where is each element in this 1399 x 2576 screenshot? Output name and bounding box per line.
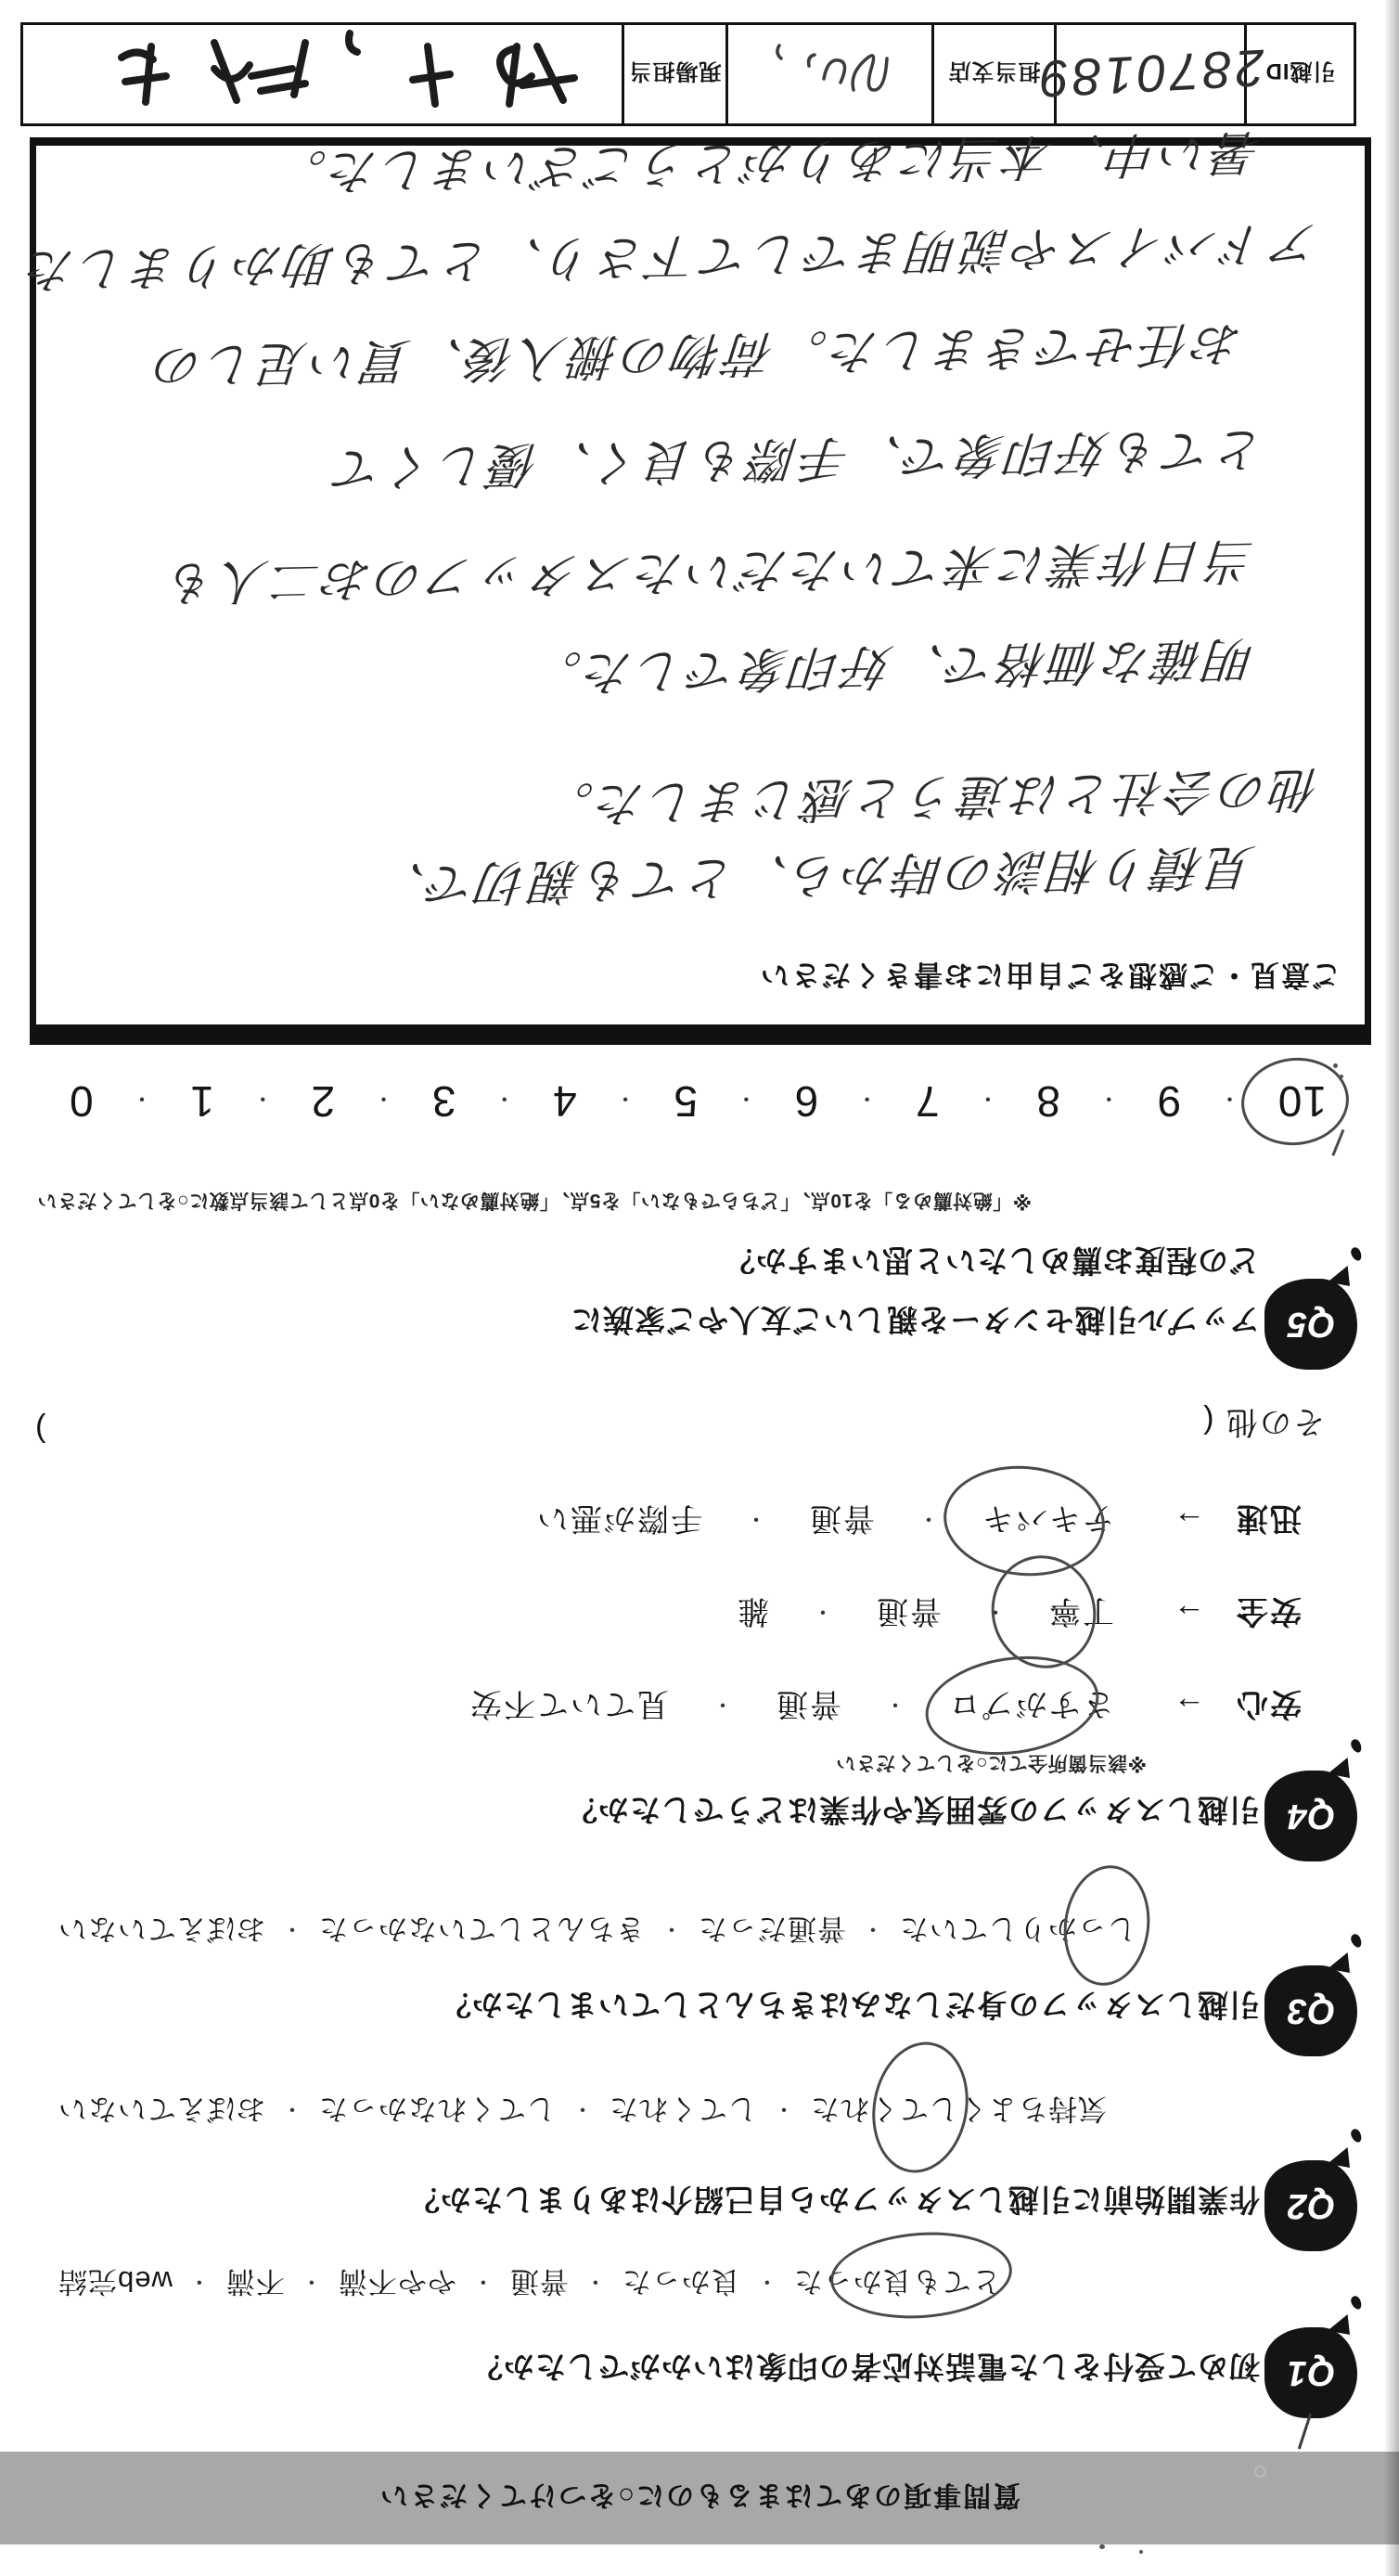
scale-separator: ・ — [734, 1086, 757, 1118]
q5-question-line2: どの程度お薦めしたいと思いますか？ — [724, 1241, 1260, 1284]
scale-2: 2 — [311, 1076, 336, 1127]
scale-separator: ・ — [250, 1086, 274, 1118]
handwritten-line-8: 暑い中、本当にありがとうございました。 — [272, 122, 1264, 212]
comment-box: ご意見・ご感想をご自由にお書きください 見積り相談の時から、とても親切で、 他の… — [30, 137, 1371, 1045]
scan-edge-shadow — [1384, 0, 1399, 2576]
scale-separator: ・ — [130, 1086, 153, 1118]
handwritten-line-3: 明確な価格で、好印象でした。 — [527, 628, 1258, 714]
staff-names-marker-scribble — [45, 28, 601, 121]
q1-option: web完結 — [58, 2263, 173, 2305]
q5-nps-scale: 10 ・ 9 ・ 8 ・ 7 ・ 6 ・ 5 ・ 4 ・ 3 ・ 2 ・ — [69, 1076, 1327, 1127]
scale-separator: ・ — [1097, 1086, 1120, 1118]
scale-separator: ・ — [976, 1086, 999, 1118]
scale-10: 10 — [1277, 1076, 1327, 1127]
q1-question-text: 初めて受付をした電話対応者の印象はいかがでしたか？ — [471, 2347, 1260, 2390]
q3-option: きちんとしていなかった — [318, 1911, 645, 1952]
q4-other-row: その他 ( ) — [33, 1402, 1325, 1448]
q2-option: してくれなかった — [318, 2091, 556, 2132]
q1-options-row: とても良かった ・ 良かった ・ 普通 ・ やや不満 ・ 不満 ・ web完結 — [58, 2263, 1001, 2305]
q1-option: やや不満 — [338, 2263, 456, 2305]
option-separator: ・ — [810, 1598, 834, 1630]
cell-site-staff-names — [23, 25, 622, 123]
q4-row-label: 安心 — [1229, 1684, 1302, 1730]
scan-speck — [1139, 2550, 1143, 2554]
option-separator: ・ — [584, 2268, 607, 2300]
q5-label: Q5 — [1287, 1305, 1336, 1345]
scale-9: 9 — [1157, 1076, 1182, 1127]
moving-id-label: 引越ID — [1265, 58, 1336, 91]
arrow-icon: → — [1172, 1689, 1205, 1725]
scan-speck — [1333, 1063, 1338, 1068]
option-separator: ・ — [982, 1598, 1007, 1630]
q3-option: おぼえていない — [58, 1911, 265, 1952]
q4-option-selected: テキパキ — [981, 1499, 1114, 1544]
option-separator: ・ — [300, 2268, 323, 2300]
option-separator: ・ — [861, 1915, 884, 1948]
q1-option: 良かった — [622, 2263, 740, 2305]
q3-options-row: しっかりしていた ・ 普通だった ・ きちんとしていなかった ・ おぼえていない — [58, 1911, 1136, 1952]
q1-speech-bubble-icon: Q1 — [1264, 2327, 1357, 2418]
option-separator: ・ — [660, 1915, 683, 1948]
instruction-text: 質問事項のあてはまるものに○をつけてください — [379, 2478, 1020, 2518]
q4-row-label: 安全 — [1229, 1591, 1302, 1637]
scale-separator: ・ — [855, 1086, 879, 1118]
q4-row-jinsoku: 迅速 → テキパキ ・ 普通 ・ 手際が悪い — [494, 1499, 1302, 1544]
option-separator: ・ — [743, 1505, 767, 1538]
q5-note: ※「絶対薦める」を10点、「どちらでもない」を5点、「絶対薦めない」を0点として… — [37, 1188, 1032, 1216]
q2-options-row: 気持ちよくしてくれた ・ してくれた ・ してくれなかった ・ おぼえていない — [58, 2091, 1107, 2132]
scale-7: 7 — [915, 1076, 940, 1127]
q1-option: 普通 — [509, 2263, 569, 2305]
scale-8: 8 — [1035, 1076, 1060, 1127]
branch-label: 担当支店 — [948, 58, 1041, 91]
q1-option-selected: とても良かった — [793, 2263, 1001, 2305]
q3-question-text: 引越しスタッフの身だしなみはきちんとしていましたか？ — [440, 1985, 1260, 2029]
cell-moving-id-value: 2870189 — [1054, 25, 1244, 123]
q4-option: 普通 — [875, 1591, 942, 1637]
q5-question-line1: アップル引越センターを親しいご友人やご家族に — [571, 1300, 1260, 1344]
scale-5: 5 — [673, 1076, 698, 1127]
handwritten-line-1: 見積り相談の時から、とても親切で、 — [371, 836, 1258, 924]
scan-speck-ring — [1254, 2466, 1266, 2478]
q4-option-selected: 丁寧 — [1047, 1591, 1114, 1637]
scale-separator: ・ — [613, 1086, 636, 1118]
q5-speech-bubble-icon: Q5 — [1264, 1279, 1357, 1370]
cell-site-staff-label: 現場担当 — [622, 25, 725, 123]
q1-option: 不満 — [225, 2263, 285, 2305]
q3-option-selected: しっかりしていた — [899, 1911, 1136, 1952]
instruction-bar: 質問事項のあてはまるものに○をつけてください — [0, 2452, 1399, 2544]
option-separator: ・ — [471, 2268, 494, 2300]
scale-separator: ・ — [493, 1086, 516, 1118]
site-staff-label: 現場担当 — [629, 58, 722, 91]
scale-separator: ・ — [1217, 1086, 1240, 1118]
scale-4: 4 — [552, 1076, 577, 1127]
q4-option: 普通 — [808, 1499, 875, 1544]
q1-label: Q1 — [1287, 2353, 1336, 2393]
comment-box-header: ご意見・ご感想をご自由にお書きください — [759, 957, 1341, 998]
handwritten-line-5: とても好印象で、手際も良く、優しくて — [329, 419, 1267, 508]
q4-row-anzen: 安全 → 丁寧 ・ 普通 ・ 雑 — [695, 1591, 1302, 1637]
scan-speck — [1099, 2544, 1105, 2549]
q4-row-label: 迅速 — [1229, 1499, 1302, 1544]
q2-speech-bubble-icon: Q2 — [1264, 2160, 1357, 2251]
handwritten-line-6: お任せできました。荷物の搬入後、買い足しの — [149, 313, 1245, 406]
scale-separator: ・ — [372, 1086, 395, 1118]
option-separator: ・ — [187, 2268, 211, 2300]
q3-option: 普通だった — [698, 1911, 846, 1952]
option-separator: ・ — [916, 1505, 940, 1538]
q4-option: 手際が悪い — [535, 1499, 702, 1544]
q4-speech-bubble-icon: Q4 — [1264, 1771, 1357, 1861]
option-separator: ・ — [571, 2095, 594, 2128]
q2-option: してくれた — [609, 2091, 757, 2132]
scanned-survey-page: 質問事項のあてはまるものに○をつけてください Q1 初めて受付をした電話対応者の… — [0, 0, 1399, 2576]
handwritten-line-2: 他の会社とは違うと感じました。 — [539, 758, 1323, 844]
handwritten-line-7: アドバイスや説明までして下さり、とても助かりました — [20, 213, 1322, 309]
handwritten-line-4: 当日作業に来ていただいたスタッフのお二人も — [162, 530, 1258, 623]
option-separator: ・ — [882, 1691, 906, 1723]
arrow-icon: → — [1172, 1596, 1205, 1632]
q4-other-label: その他 ( — [1201, 1402, 1325, 1448]
q4-question-text: 引越しスタッフの雰囲気や作業はどうでしたか？ — [566, 1790, 1260, 1834]
arrow-icon: → — [1172, 1503, 1205, 1539]
survey-sheet-rotated-180: 質問事項のあてはまるものに○をつけてください Q1 初めて受付をした電話対応者の… — [0, 0, 1399, 2576]
option-separator: ・ — [710, 1691, 734, 1723]
q4-option: 見ていて不安 — [468, 1684, 669, 1730]
q4-row-anshin: 安心 → さすがプロ ・ 普通 ・ 見ていて不安 — [428, 1684, 1302, 1730]
option-separator: ・ — [772, 2095, 795, 2128]
scale-3: 3 — [431, 1076, 456, 1127]
scale-0: 0 — [69, 1076, 94, 1127]
q2-option-selected: 気持ちよくしてくれた — [810, 2091, 1107, 2132]
q4-option-selected: さすがプロ — [947, 1684, 1114, 1730]
q2-question-text: 作業開始前に引越しスタッフから自己紹介はありましたか？ — [408, 2180, 1260, 2223]
q4-option: 雑 — [736, 1591, 769, 1637]
scale-6: 6 — [794, 1076, 819, 1127]
option-separator: ・ — [280, 2095, 303, 2128]
q4-note: ※該当箇所全てに○をしてください — [836, 1750, 1147, 1778]
option-separator: ・ — [280, 1915, 303, 1948]
q2-option: おぼえていない — [58, 2091, 265, 2132]
branch-handwriting-scribble — [738, 32, 923, 116]
scale-1: 1 — [189, 1076, 214, 1127]
footer-id-table: 引越ID 2870189 担当支店 現場担当 — [20, 22, 1356, 126]
cell-branch-value — [725, 25, 931, 123]
q3-label: Q3 — [1287, 1991, 1336, 2031]
q4-other-close-paren: ) — [33, 1402, 45, 1448]
moving-id-handwritten: 2870189 — [1034, 38, 1265, 110]
q4-option: 普通 — [775, 1684, 841, 1730]
option-separator: ・ — [755, 2268, 778, 2300]
q4-label: Q4 — [1287, 1797, 1336, 1836]
q2-label: Q2 — [1287, 2186, 1336, 2226]
scan-speck — [1340, 1075, 1343, 1078]
scale-value: 10 — [1277, 1077, 1327, 1126]
q3-speech-bubble-icon: Q3 — [1264, 1965, 1357, 2056]
